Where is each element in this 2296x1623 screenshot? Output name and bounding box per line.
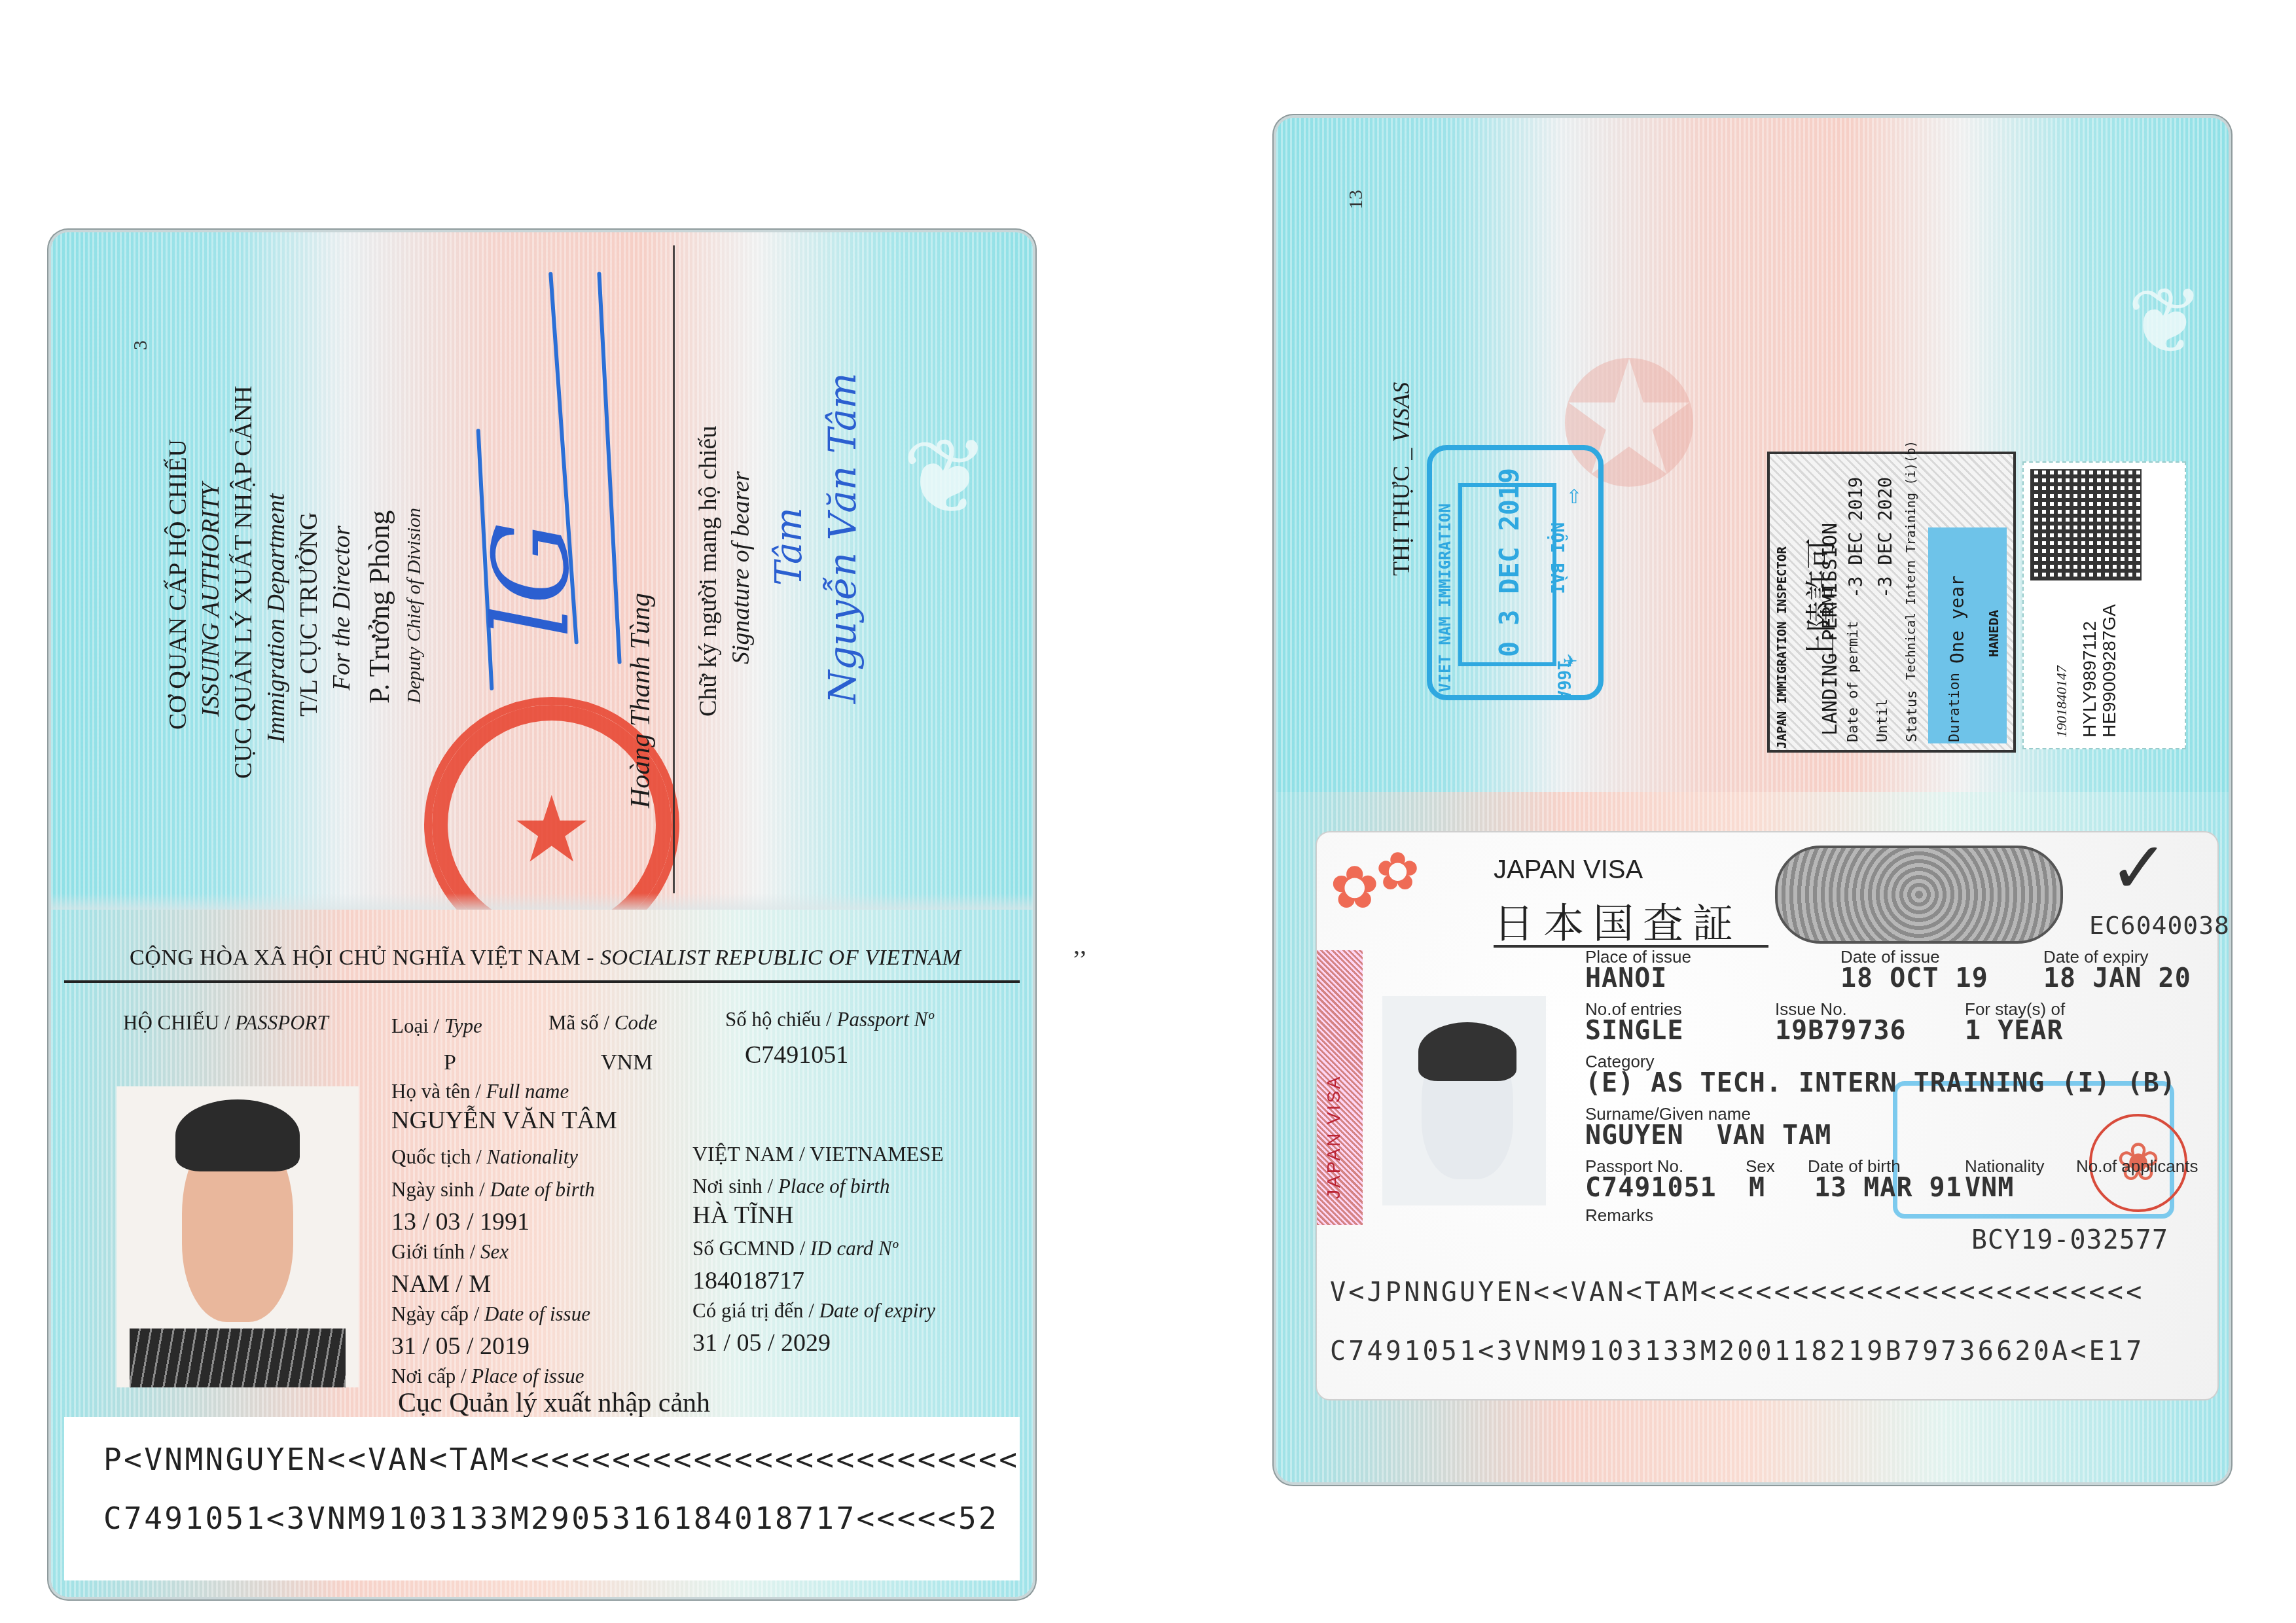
passport-number: C7491051 bbox=[745, 1041, 848, 1069]
date-of-expiry: 18 JAN 20 bbox=[2043, 963, 2191, 993]
mrz-zone: P<VNMNGUYEN<<VAN<TAM<<<<<<<<<<<<<<<<<<<<… bbox=[64, 1417, 1020, 1580]
visas-title: THỊ THỰC _ VISAS bbox=[1388, 382, 1415, 576]
landing-permission-sticker: JAPAN IMMIGRATION INSPECTOR 上陸許可 LANDING… bbox=[1767, 452, 2016, 753]
landing-port: HANEDA bbox=[1986, 610, 2001, 657]
director-signature: lG bbox=[470, 521, 592, 638]
country-code: VNM bbox=[601, 1050, 653, 1075]
landing-duration: One year bbox=[1946, 575, 1968, 664]
cloud-ornament-icon: ❦ bbox=[902, 416, 990, 539]
visa-title: JAPAN VISA bbox=[1494, 855, 1643, 885]
expiry-date-label: Có giá trị đến / Date of expiry bbox=[692, 1299, 935, 1323]
mrz-line-2: C7491051<3VNM9103133M2905316184018717<<<… bbox=[103, 1501, 999, 1536]
visas-title-vi: THỊ THỰC _ bbox=[1388, 442, 1414, 576]
landing-status: Technical Intern Training (i)(b) bbox=[1904, 440, 1918, 680]
place-of-issue-label: Nơi cấp / Place of issue bbox=[391, 1364, 584, 1388]
landing-until-label: Until bbox=[1874, 699, 1891, 742]
cherry-blossom-icon: ✿ bbox=[1376, 846, 1420, 898]
place-of-birth: HÀ TĨNH bbox=[692, 1201, 793, 1230]
visa-side-label: JAPAN VISA bbox=[1323, 1075, 1344, 1199]
passport-booklet: 3 CƠ QUAN CẤP HỘ CHIẾU ISSUING AUTHORITY… bbox=[51, 232, 1033, 1597]
issuing-department-en: Immigration Department bbox=[264, 493, 289, 743]
nationality: VIỆT NAM / VIETNAMESE bbox=[692, 1142, 944, 1166]
landing-status-label: Status bbox=[1904, 690, 1920, 742]
stamp-port: NỘI BÀI bbox=[1547, 522, 1566, 594]
code-label-en: Code bbox=[615, 1011, 657, 1034]
photo-hair bbox=[175, 1099, 300, 1171]
page-number: 13 bbox=[1345, 190, 1367, 209]
qr-code-icon bbox=[2030, 469, 2142, 580]
issue-date-label-en: Date of issue bbox=[484, 1302, 590, 1325]
expiry-date-label-en: Date of expiry bbox=[819, 1299, 935, 1322]
full-name-label-en: Full name bbox=[486, 1080, 569, 1103]
issue-number: 19B79736 bbox=[1775, 1016, 1907, 1046]
scan-mark: ,, bbox=[1073, 929, 1086, 960]
holder-photo bbox=[117, 1086, 359, 1387]
pob-label-vi: Nơi sinh / bbox=[692, 1175, 778, 1198]
passport-data-page: CỘNG HÒA XÃ HỘI CHỦ NGHĨA VIỆT NAM - SOC… bbox=[51, 910, 1033, 1597]
republic-title: CỘNG HÒA XÃ HỘI CHỦ NGHĨA VIỆT NAM - SOC… bbox=[130, 946, 961, 971]
title-rule bbox=[64, 980, 1020, 983]
date-of-issue: 18 OCT 19 bbox=[1840, 963, 1988, 993]
issuing-department-vi: CỤC QUẢN LÝ XUẤT NHẬP CẢNH bbox=[231, 385, 256, 779]
place-of-issue-label-en: Place of issue bbox=[471, 1364, 584, 1387]
issue-date-label: Ngày cấp / Date of issue bbox=[391, 1302, 590, 1326]
nationality-label: Quốc tịch / Nationality bbox=[391, 1145, 578, 1169]
id-card-label: Số GCMND / ID card Nº bbox=[692, 1237, 898, 1260]
nationality: VNM bbox=[1965, 1173, 2014, 1203]
bearer-signature-label-vi: Chữ ký người mang hộ chiếu bbox=[696, 426, 721, 717]
bearer-signature-full: Nguyễn Văn Tâm bbox=[820, 373, 865, 704]
position-vi: P. Trưởng Phòng bbox=[365, 510, 394, 704]
stay-duration: 1 YEAR bbox=[1965, 1016, 2064, 1046]
issuing-authority-title-en: ISSUING AUTHORITY bbox=[198, 483, 223, 717]
dob-label-vi: Ngày sinh / bbox=[391, 1178, 490, 1201]
republic-title-en: SOCIALIST REPUBLIC OF VIETNAM bbox=[600, 946, 961, 970]
landing-date-label: Date of permit bbox=[1845, 621, 1861, 742]
entries: SINGLE bbox=[1585, 1016, 1684, 1046]
visa-title-jp: 日本国査証 bbox=[1494, 891, 1742, 950]
stamp-date: 0 3 DEC 2019 bbox=[1495, 468, 1525, 657]
star-icon: ★ bbox=[511, 777, 593, 883]
document-label-en: PASSPORT bbox=[235, 1011, 328, 1034]
passport-type: P bbox=[444, 1050, 456, 1075]
landing-until: -3 DEC 2020 bbox=[1874, 477, 1896, 598]
bearer-signature-label-en: Signature of bearer bbox=[728, 471, 753, 664]
cherry-blossom-icon: ✿ bbox=[1330, 859, 1379, 918]
date-of-issue: 31 / 05 / 2019 bbox=[391, 1332, 529, 1361]
nationality-label-vi: Quốc tịch / bbox=[391, 1145, 487, 1168]
visas-title-en: VISAS bbox=[1388, 382, 1414, 442]
category: (E) AS TECH. INTERN TRAINING (I) (B) bbox=[1585, 1068, 2176, 1098]
bearer-signature-short: Tâm bbox=[768, 508, 810, 586]
photo-hair bbox=[1418, 1022, 1516, 1081]
landing-date: -3 DEC 2019 bbox=[1845, 477, 1867, 598]
sticker-serial: 1901840147 bbox=[2053, 666, 2070, 738]
remarks-label: Remarks bbox=[1585, 1205, 1653, 1226]
passport-number-label-en: Passport Nº bbox=[837, 1008, 934, 1031]
id-card-label-en: ID card Nº bbox=[810, 1237, 898, 1260]
date-of-expiry: 31 / 05 / 2029 bbox=[692, 1329, 831, 1357]
code-label: Mã số / Code bbox=[548, 1011, 657, 1035]
exit-arrow-icon: ⇧ bbox=[1566, 480, 1582, 510]
id-card-number: 184018717 bbox=[692, 1266, 804, 1295]
position-en: Deputy Chief of Division bbox=[404, 508, 424, 704]
for-director-en: For the Director bbox=[329, 526, 354, 690]
hologram bbox=[1775, 846, 2063, 944]
place-of-issue: Cục Quản lý xuất nhập cảnh bbox=[398, 1387, 710, 1419]
stamp-date-box: 0 3 DEC 2019 bbox=[1458, 483, 1556, 666]
stamp-authority: VIET NAM IMMIGRATION bbox=[1436, 503, 1454, 692]
qr-sticker: 1901840147 HYLY9897112 HE99009287GA bbox=[2022, 461, 2186, 749]
visa-mrz-line-1: V<JPNNGUYEN<<VAN<TAM<<<<<<<<<<<<<<<<<<<<… bbox=[1330, 1277, 2144, 1308]
passport-number-label: Số hộ chiếu / Passport Nº bbox=[725, 1008, 934, 1031]
sex-label-en: Sex bbox=[480, 1240, 509, 1263]
document-label: HỘ CHIẾU / PASSPORT bbox=[123, 1011, 329, 1035]
full-name: NGUYỄN VĂN TÂM bbox=[391, 1106, 617, 1135]
passport-number-label-vi: Số hộ chiếu / bbox=[725, 1008, 837, 1031]
landing-title: LANDING PERMISSION bbox=[1819, 523, 1842, 736]
passport-number: C7491051 bbox=[1585, 1173, 1717, 1203]
pob-label: Nơi sinh / Place of birth bbox=[692, 1175, 889, 1198]
visa-serial: EC6040038 bbox=[2089, 911, 2230, 940]
for-director-vi: T/L CỤC TRƯỞNG bbox=[296, 512, 321, 717]
full-name-label-vi: Họ và tên / bbox=[391, 1080, 486, 1103]
nationality-label-en: Nationality bbox=[487, 1145, 579, 1168]
visa-mrz-line-2: C7491051<3VNM9103133M200118219B79736620A… bbox=[1330, 1336, 2144, 1366]
code-label-vi: Mã số / bbox=[548, 1011, 615, 1034]
sticker-code-1: HYLY9897112 bbox=[2079, 621, 2100, 738]
section-divider bbox=[673, 245, 675, 893]
expiry-date-label-vi: Có giá trị đến / bbox=[692, 1299, 819, 1322]
holder-name: NGUYEN VAN TAM bbox=[1585, 1120, 1831, 1150]
republic-title-vi: CỘNG HÒA XÃ HỘI CHỦ NGHĨA VIỆT NAM - bbox=[130, 946, 600, 970]
director-signature-stroke bbox=[597, 272, 621, 664]
place-of-issue: HANOI bbox=[1585, 963, 1667, 993]
visa-holder-photo bbox=[1382, 996, 1546, 1205]
type-label-en: Type bbox=[444, 1014, 482, 1037]
checkmark-icon: ✓ bbox=[2109, 826, 2169, 910]
pob-label-en: Place of birth bbox=[778, 1175, 889, 1198]
dob-label-en: Date of birth bbox=[490, 1178, 595, 1201]
sex: M bbox=[1749, 1173, 1765, 1203]
passport-observation-page: 3 CƠ QUAN CẤP HỘ CHIẾU ISSUING AUTHORITY… bbox=[51, 232, 1033, 910]
id-card-label-vi: Số GCMND / bbox=[692, 1237, 810, 1260]
issue-date-label-vi: Ngày cấp / bbox=[391, 1302, 484, 1325]
sex: NAM / M bbox=[391, 1270, 491, 1298]
applicants-label: No.of applicants bbox=[2076, 1156, 2198, 1177]
type-label-vi: Loại / bbox=[391, 1014, 444, 1037]
airplane-icon: ✈ bbox=[1563, 647, 1577, 673]
signatory-name: Hoàng Thanh Tùng bbox=[627, 593, 655, 808]
page-number: 3 bbox=[130, 340, 152, 350]
cloud-ornament-icon: ❦ bbox=[2127, 268, 2204, 375]
dob-label: Ngày sinh / Date of birth bbox=[391, 1178, 595, 1202]
document-label-vi: HỘ CHIẾU / bbox=[123, 1011, 235, 1034]
landing-header: JAPAN IMMIGRATION INSPECTOR bbox=[1775, 546, 1789, 749]
sex-label: Giới tính / Sex bbox=[391, 1240, 509, 1264]
photo-shirt bbox=[130, 1329, 346, 1387]
full-name-label: Họ và tên / Full name bbox=[391, 1080, 569, 1103]
issuing-authority-title-vi: CƠ QUAN CẤP HỘ CHIẾU bbox=[166, 439, 190, 730]
visa-reference: BCY19-032577 bbox=[1971, 1225, 2168, 1255]
japan-visa-label: ✿ ✿ JAPAN VISA 日本国査証 ✓ EC6040038 JAPAN V… bbox=[1316, 831, 2219, 1400]
mrz-line-1: P<VNMNGUYEN<<VAN<TAM<<<<<<<<<<<<<<<<<<<<… bbox=[103, 1442, 1019, 1477]
sticker-code-2: HE99009287GA bbox=[2099, 604, 2120, 738]
landing-duration-label: Duration bbox=[1946, 673, 1963, 742]
type-label: Loại / Type bbox=[391, 1014, 482, 1038]
date-of-birth: 13 MAR 91 bbox=[1814, 1173, 1962, 1203]
date-of-birth: 13 / 03 / 1991 bbox=[391, 1207, 529, 1236]
sex-label-vi: Giới tính / bbox=[391, 1240, 480, 1263]
vietnam-immigration-stamp: VIET NAM IMMIGRATION 0 3 DEC 2019 NỘI BÀ… bbox=[1427, 445, 1604, 700]
place-of-issue-label-vi: Nơi cấp / bbox=[391, 1364, 471, 1387]
